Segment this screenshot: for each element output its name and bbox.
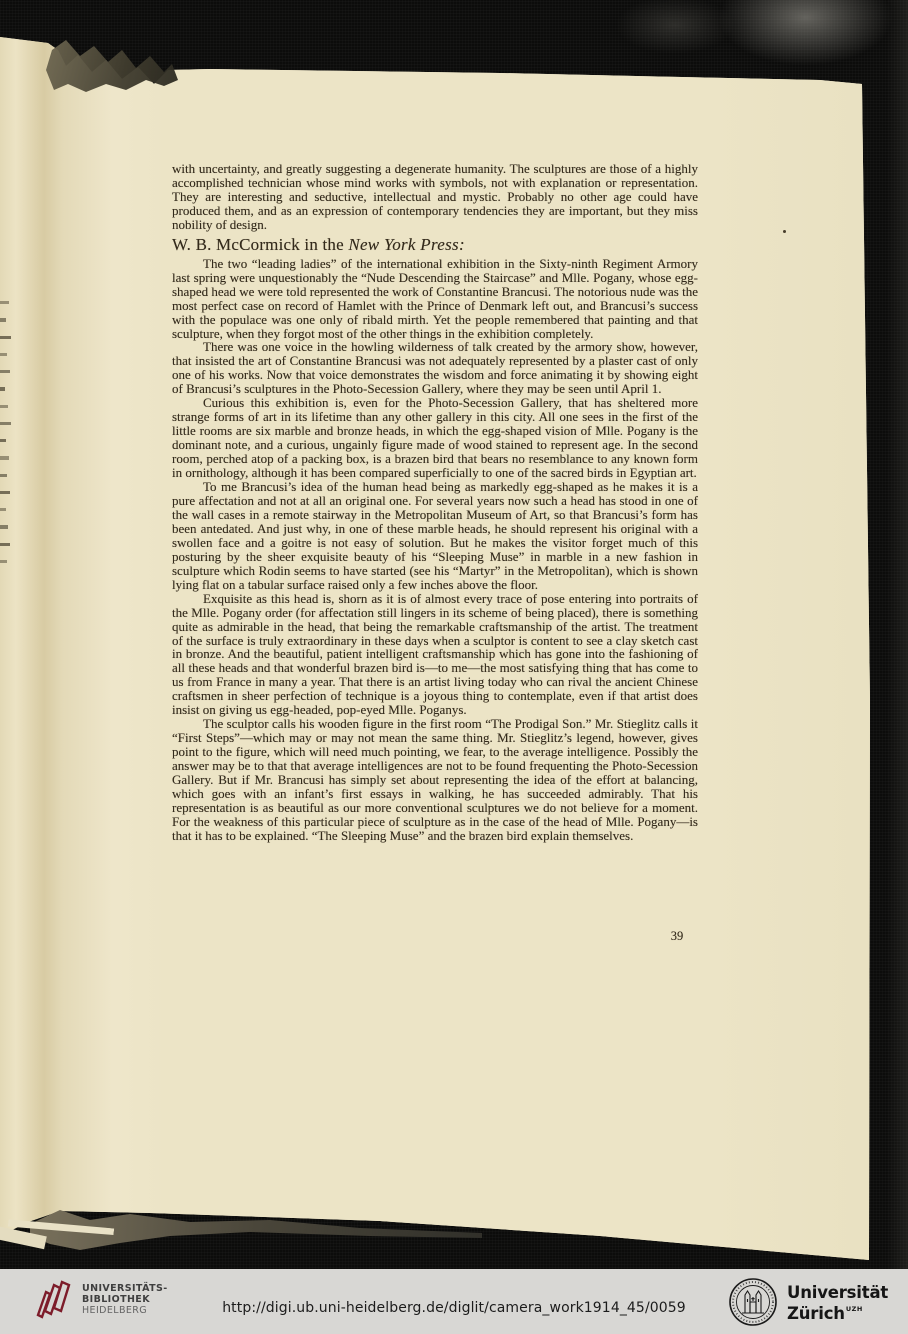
paragraph: The two “leading ladies” of the internat… <box>172 257 698 341</box>
heading-roman: W. B. McCormick in the <box>172 235 348 254</box>
gutter-showthrough-mark <box>0 422 11 425</box>
gutter-showthrough-mark <box>0 508 6 511</box>
paragraph: The sculptor calls his wooden figure in … <box>172 717 698 843</box>
gutter-showthrough-mark <box>0 336 11 339</box>
paragraph: Exquisite as this head is, shorn as it i… <box>172 592 698 718</box>
gutter-showthrough-mark <box>0 353 7 356</box>
gutter-showthrough-mark <box>0 543 10 546</box>
section-heading: W. B. McCormick in the New York Press: <box>172 235 698 255</box>
paragraph: Curious this exhibition is, even for the… <box>172 396 698 480</box>
paragraph: To me Brancusi’s idea of the human head … <box>172 480 698 592</box>
uzh-wordmark-line1: Universität <box>787 1284 888 1301</box>
gutter-showthrough-mark <box>0 405 8 408</box>
book-page: with uncertainty, and greatly suggesting… <box>0 0 872 1264</box>
digitization-footer-bar: UNIVERSITÄTS- BIBLIOTHEK HEIDELBERG http… <box>0 1269 908 1334</box>
gutter-showthrough-mark <box>0 474 7 477</box>
uzh-university-wordmark: Universität ZürichUZH <box>787 1284 888 1322</box>
gutter-showthrough-mark <box>0 301 9 304</box>
gutter-showthrough-mark <box>0 439 6 442</box>
torn-paper-top-left <box>46 38 178 92</box>
heading-italic-press-name: New York Press: <box>348 235 465 254</box>
gutter-showthrough-mark <box>0 387 5 390</box>
page-number: 39 <box>660 929 694 944</box>
library-wordmark-line1: UNIVERSITÄTS- <box>82 1283 168 1294</box>
gutter-showthrough-mark <box>0 525 8 528</box>
scanned-book-page-photo: with uncertainty, and greatly suggesting… <box>0 0 908 1334</box>
gutter-showthrough-mark <box>0 491 10 494</box>
gutter-showthrough-mark <box>0 456 9 459</box>
gutter-showthrough-mark <box>0 318 6 321</box>
uzh-wordmark-line2: ZürichUZH <box>787 1301 888 1322</box>
page-text-column: with uncertainty, and greatly suggesting… <box>172 162 698 843</box>
paragraph: There was one voice in the howling wilde… <box>172 340 698 396</box>
uzh-university-seal-icon <box>728 1277 778 1327</box>
cloth-sheen-highlight-small <box>615 0 735 54</box>
cloth-sheen-highlight <box>718 0 893 66</box>
gutter-showthrough-mark <box>0 560 7 563</box>
gutter-showthrough-mark <box>0 370 10 373</box>
cloth-right-light-band <box>886 0 908 1269</box>
uzh-abbreviation: UZH <box>846 1305 863 1313</box>
paper-speck <box>783 230 786 233</box>
paragraph-continuation: with uncertainty, and greatly suggesting… <box>172 162 698 232</box>
